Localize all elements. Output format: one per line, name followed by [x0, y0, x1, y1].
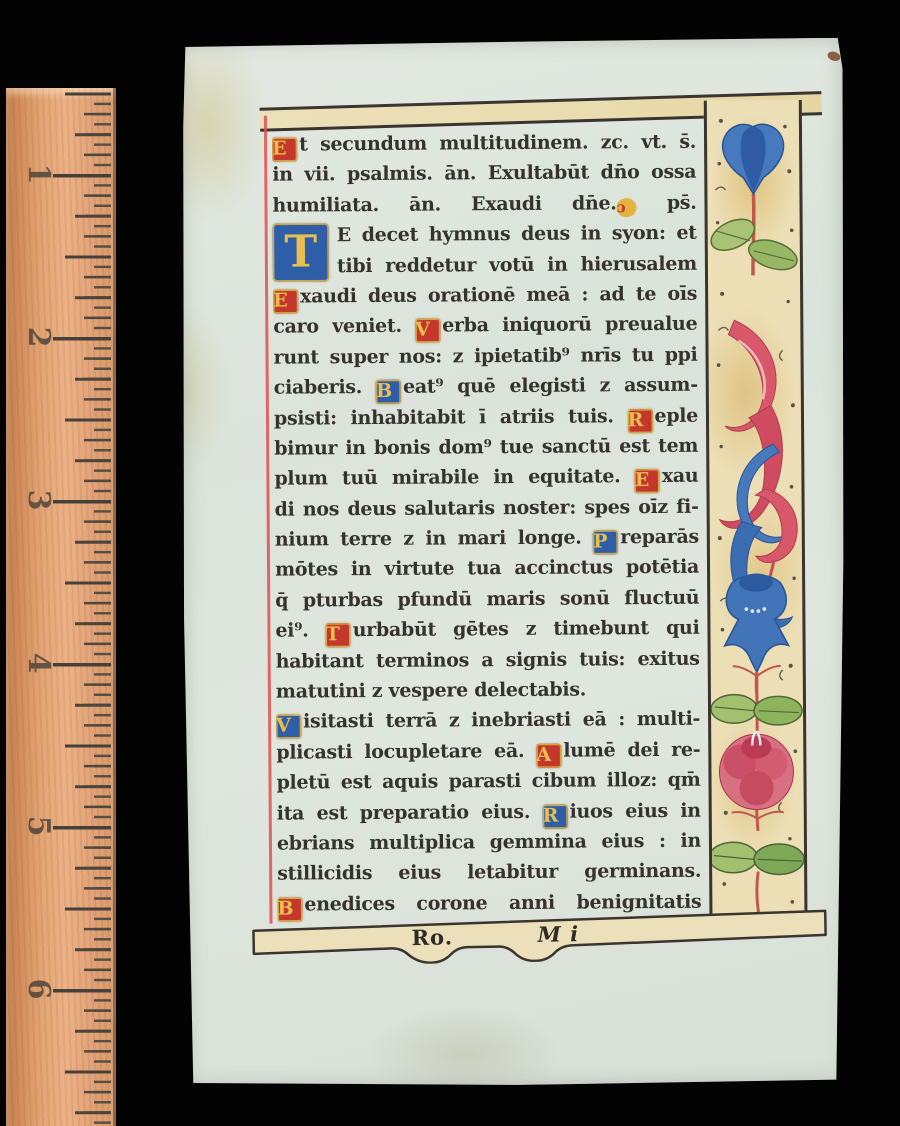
left-margin-rule — [264, 116, 273, 924]
text-line: plicasti locupletare eā. Alumē dei re- — [276, 739, 700, 772]
catchword: Ro. — [411, 924, 453, 950]
ruler-inch-number: 4 — [18, 643, 58, 683]
wooden-ruler: 123456 — [6, 88, 116, 1126]
text-column: Et secundum multitudinem. zc. vt. s̄.in … — [272, 131, 702, 924]
illuminated-initial: T — [326, 623, 351, 647]
text-line: nium terre z in mari longe. Preparās — [275, 526, 699, 559]
leaf-pair-icon — [711, 666, 802, 732]
illuminated-initial: A — [536, 743, 561, 767]
ruler-inch-number: 2 — [18, 317, 58, 357]
text-line: mōtes in virtute tua accinctus potētia — [275, 556, 699, 589]
manuscript-leaf: Et secundum multitudinem. zc. vt. s̄.in … — [179, 38, 849, 1089]
text-line: caro veniet. Verba iniquorū preualue — [273, 313, 697, 346]
text-line: matutini z vespere delectabis. — [276, 678, 700, 711]
text-line: E decet hymnus deus in syon: et — [273, 222, 697, 255]
leaf-pair-icon — [709, 809, 805, 912]
text-line: humiliata. ān. Exaudi dn̄e.ɔ ps̄. — [272, 192, 696, 225]
illuminated-initial-large: T — [273, 223, 329, 281]
ruler-inch-number: 5 — [18, 806, 58, 846]
illuminated-initial: E — [635, 469, 660, 493]
text-line: ita est preparatio eius. Riuos eius in — [277, 799, 701, 832]
paraph-mark-icon: ɔ — [617, 198, 637, 217]
corner-stain — [826, 50, 841, 63]
text-line: psisti: inhabitabit ī atriis tuis. Reple — [274, 404, 698, 437]
text-line: Et secundum multitudinem. zc. vt. s̄. — [272, 131, 696, 164]
text-line: runt super nos: z ipietatib⁹ nrīs tu ppi — [273, 343, 697, 376]
illuminated-initial: V — [415, 319, 440, 343]
illuminated-initial: R — [627, 409, 652, 433]
text-line: Visitasti terrā z inebriasti eā : multi- — [276, 708, 700, 741]
illuminated-initial: B — [376, 380, 401, 404]
illuminated-initial: E — [272, 138, 297, 162]
text-line: ciaberis. Beat⁹ quē elegisti z assum- — [274, 374, 698, 407]
bottom-border-rule: Ro. M i — [251, 907, 828, 967]
ruler-ticks: 123456 — [6, 88, 116, 1126]
photo-stage: 123456 — [0, 0, 900, 1126]
quire-signature: M i — [537, 921, 579, 947]
text-line: habitant terminos a signis tuis: exitus — [276, 647, 700, 680]
text-line: di nos deus salutaris noster: spes oīz f… — [275, 495, 699, 528]
text-line: ebrians multiplica gemmina eius : in — [277, 830, 701, 863]
text-line: q̄ pturbas pfundū maris sonū fluctuū — [275, 587, 699, 620]
text-line: ei⁹. Turbabūt gētes z timebunt qui — [275, 617, 699, 650]
illuminated-initial: E — [273, 289, 298, 313]
ruler-inch-number: 1 — [18, 154, 58, 194]
text-line: Exaudi deus orationē meā : ad te oīs — [273, 283, 697, 316]
illuminated-initial: P — [593, 530, 618, 554]
text-line: bimur in bonis dom⁹ tue sanctū est tem — [274, 435, 698, 468]
text-line: plum tuū mirabile in equitate. Exau — [274, 465, 698, 498]
illuminated-initial: R — [542, 804, 567, 828]
illuminated-initial: V — [276, 715, 301, 739]
ruler-inch-number: 6 — [18, 969, 58, 1009]
text-line: tibi reddetur votū in hierusalem — [273, 252, 697, 285]
floral-border-panel — [704, 100, 808, 915]
rose-flower-icon — [719, 731, 794, 810]
text-line: stillicidis eius letabitur germinans. — [277, 860, 701, 893]
floral-border-illustration — [707, 100, 805, 915]
text-line: in vii. psalmis. ān. Exultabūt dn̄o ossa — [272, 161, 696, 194]
text-line: pletū est aquis parasti cibum illoz: qm̄ — [276, 769, 700, 802]
ruler-inch-number: 3 — [18, 480, 58, 520]
